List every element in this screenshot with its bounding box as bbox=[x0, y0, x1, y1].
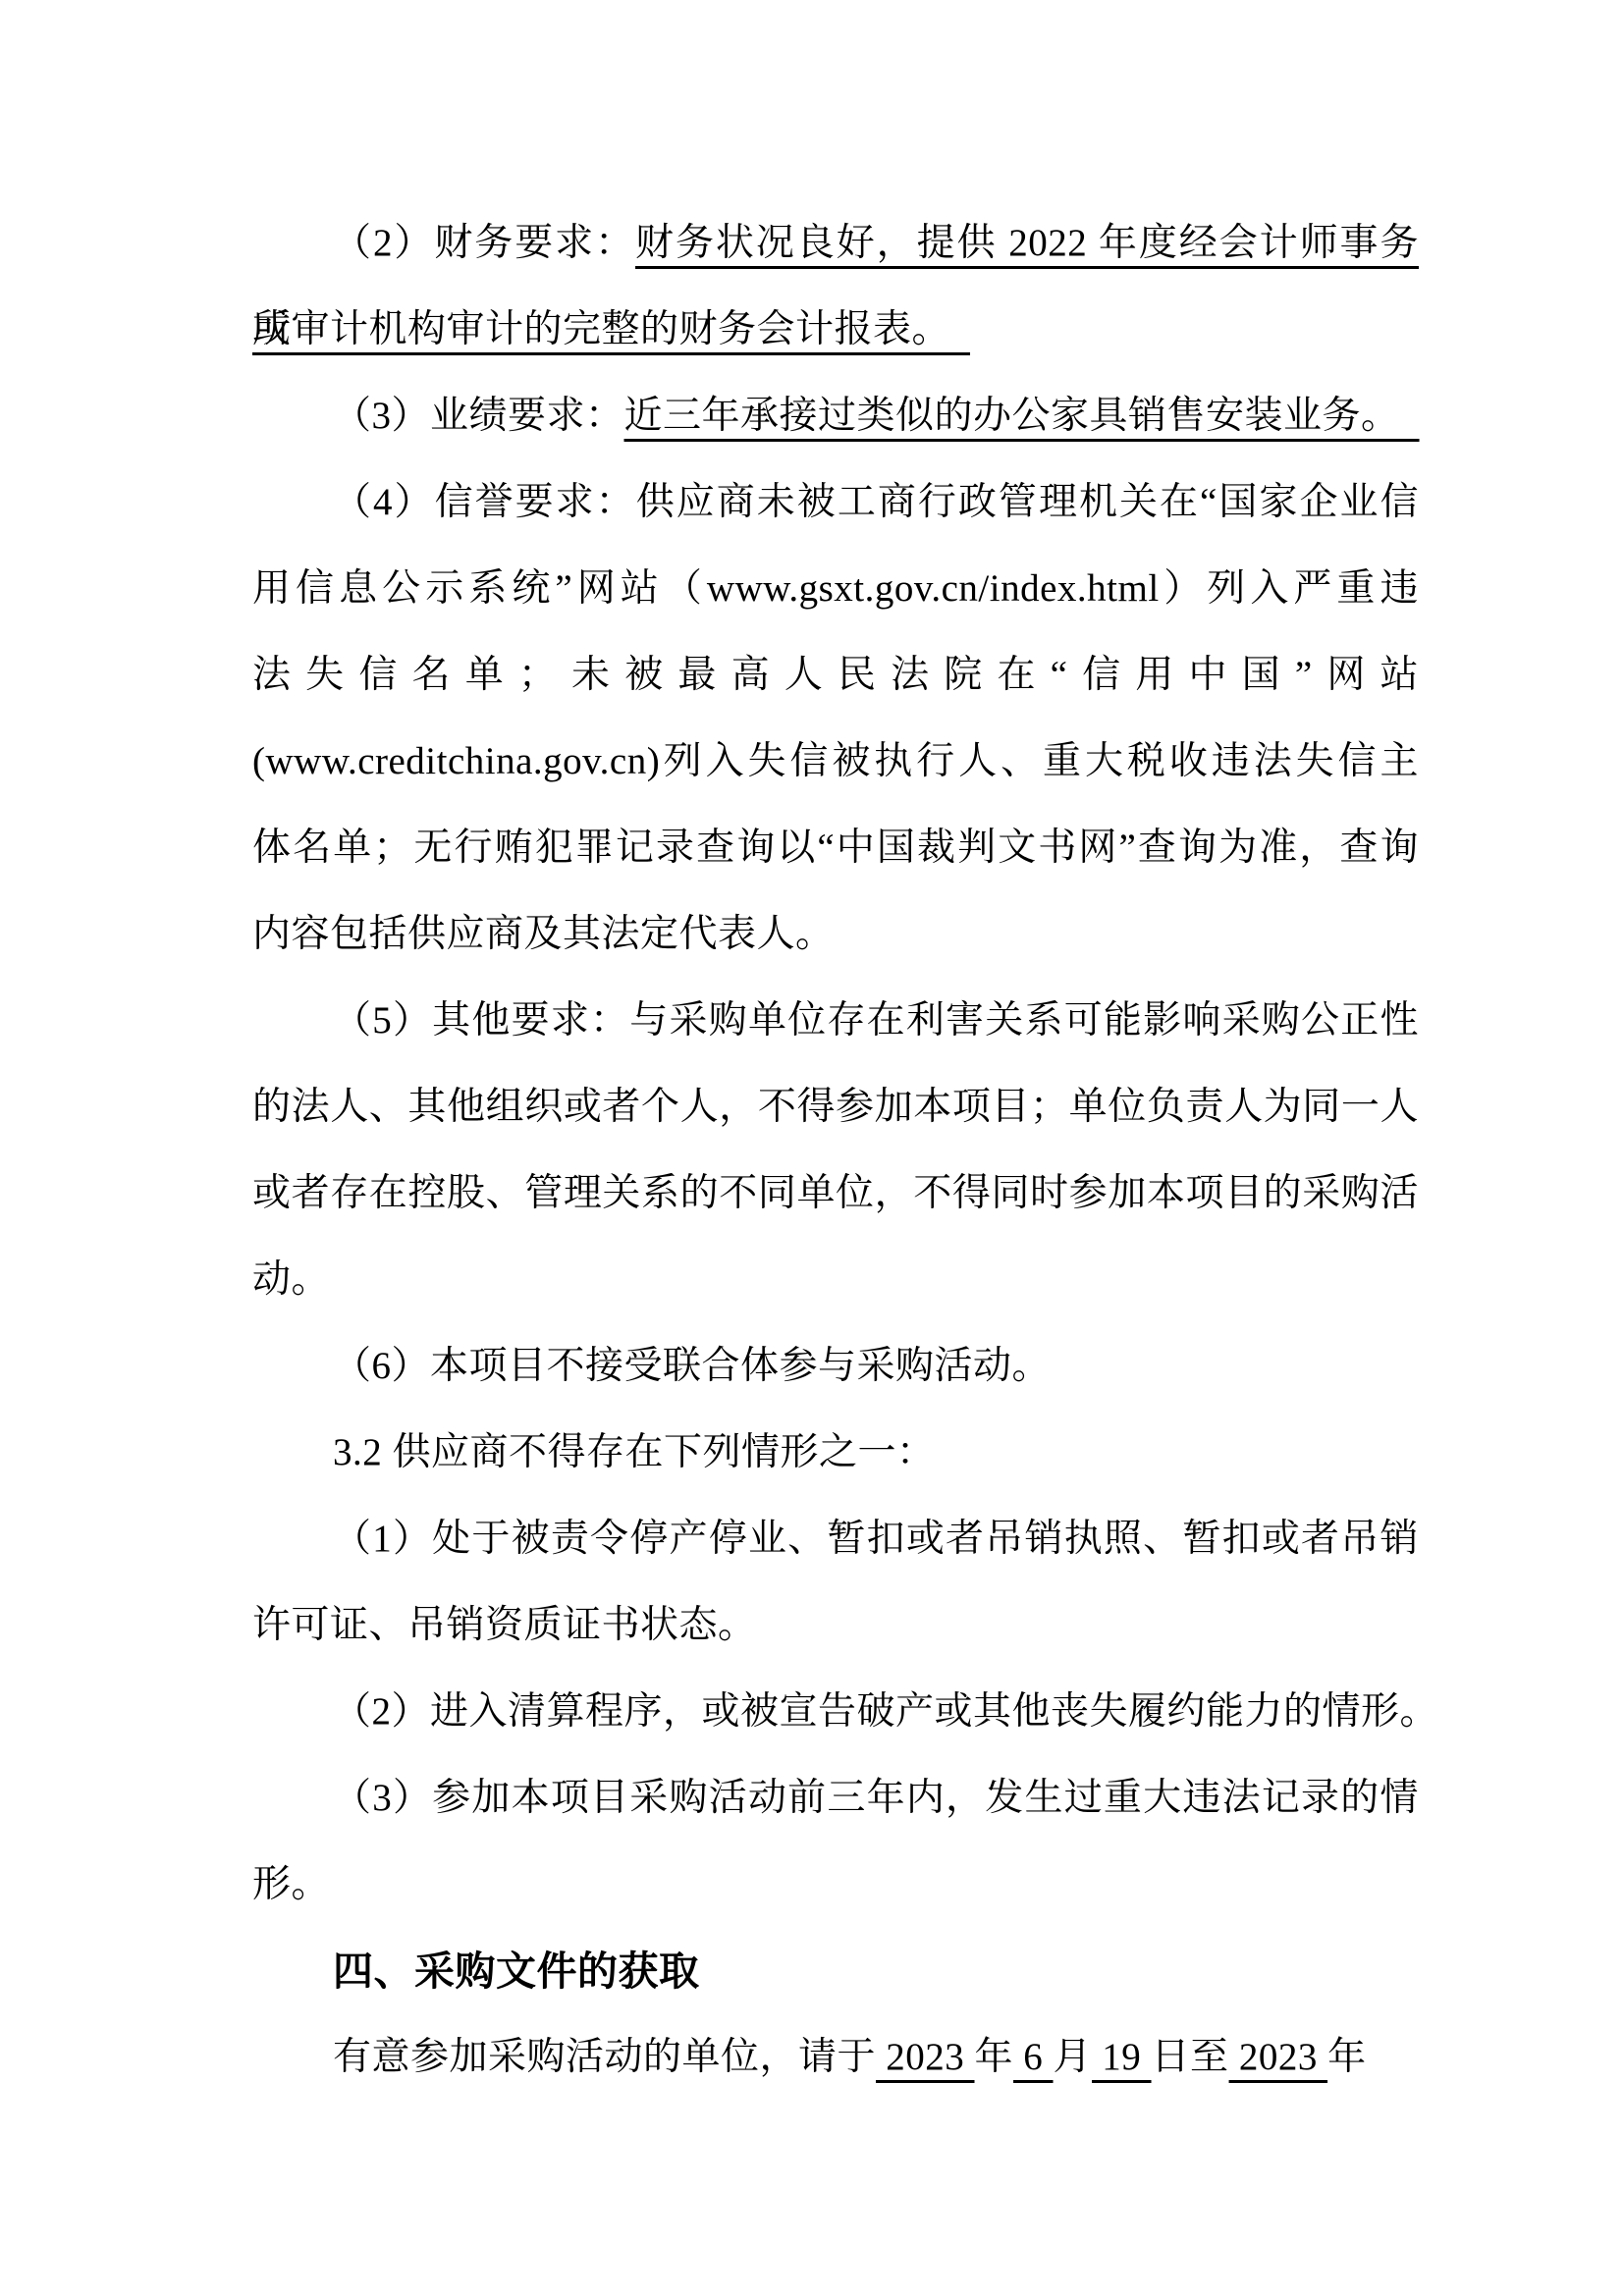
clause-5-text-end: 动。 bbox=[252, 1258, 330, 1301]
doc-line-18: （2）进入清算程序，或被宣告破产或其他丧失履约能力的情形。 bbox=[252, 1669, 1419, 1755]
clause-5-text: （5）其他要求：与采购单位存在利害关系可能影响采购公正性 bbox=[333, 999, 1419, 1041]
doc-line-4: （4）信誉要求：供应商未被工商行政管理机关在“国家企业信 bbox=[252, 459, 1419, 546]
clause-2-underlined-text-cont: 或审计机构审计的完整的财务会计报表。 bbox=[252, 308, 970, 350]
clause-5-text-cont: 或者存在控股、管理关系的不同单位，不得同时参加本项目的采购活 bbox=[252, 1172, 1419, 1214]
doc-line-6: 法失信名单；未被最高人民法院在“信用中国”网站 bbox=[252, 632, 1419, 719]
doc-line-15: 3.2 供应商不得存在下列情形之一： bbox=[252, 1410, 1419, 1496]
date-unit-month: 月 bbox=[1054, 2036, 1093, 2078]
date-sentence-text: 有意参加采购活动的单位，请于 bbox=[333, 2036, 876, 2078]
document-page: （2）财务要求：财务状况良好，提供 2022 年度经会计师事务所 或审计机构审计… bbox=[0, 0, 1623, 2296]
doc-line-9: 内容包括供应商及其法定代表人。 bbox=[252, 891, 1419, 978]
doc-line-8: 体名单；无行贿犯罪记录查询以“中国裁判文书网”查询为准，查询 bbox=[252, 805, 1419, 891]
clause-3-2-1-text: （1）处于被责令停产停业、暂扣或者吊销执照、暂扣或者吊销 bbox=[333, 1518, 1419, 1560]
date-month-start: 6 bbox=[1013, 2036, 1054, 2078]
document-content: （2）财务要求：财务状况良好，提供 2022 年度经会计师事务所 或审计机构审计… bbox=[252, 200, 1419, 2101]
doc-line-19: （3）参加本项目采购活动前三年内，发生过重大违法记录的情 bbox=[252, 1755, 1419, 1842]
doc-line-13: 动。 bbox=[252, 1237, 1419, 1323]
clause-4-text-end: 内容包括供应商及其法定代表人。 bbox=[252, 913, 835, 955]
doc-line-2: 或审计机构审计的完整的财务会计报表。 bbox=[252, 287, 1419, 373]
doc-line-5: 用信息公示系统”网站（www.gsxt.gov.cn/index.html）列入… bbox=[252, 546, 1419, 632]
clause-3-2-3-text: （3）参加本项目采购活动前三年内，发生过重大违法记录的情 bbox=[333, 1777, 1419, 1819]
doc-line-22: 有意参加采购活动的单位，请于 2023 年 6 月 19 日至 2023 年 bbox=[252, 2014, 1419, 2101]
clause-4-text-cont: 法失信名单；未被最高人民法院在“信用中国”网站 bbox=[252, 654, 1419, 696]
doc-line-20: 形。 bbox=[252, 1842, 1419, 1928]
doc-line-16: （1）处于被责令停产停业、暂扣或者吊销执照、暂扣或者吊销 bbox=[252, 1496, 1419, 1582]
doc-line-7: (www.creditchina.gov.cn)列入失信被执行人、重大税收违法失… bbox=[252, 719, 1419, 805]
date-day-start: 19 bbox=[1092, 2036, 1152, 2078]
section-heading-text: 四、采购文件的获取 bbox=[333, 1949, 700, 1994]
clause-3-2-2-text: （2）进入清算程序，或被宣告破产或其他丧失履约能力的情形。 bbox=[333, 1690, 1438, 1733]
date-until-text: 日至 bbox=[1152, 2036, 1229, 2078]
clause-5-text-cont: 的法人、其他组织或者个人，不得参加本项目；单位负责人为同一人 bbox=[252, 1086, 1419, 1128]
date-year-start: 2023 bbox=[876, 2036, 975, 2078]
clause-3-2-3-text-end: 形。 bbox=[252, 1863, 330, 1905]
doc-line-11: 的法人、其他组织或者个人，不得参加本项目；单位负责人为同一人 bbox=[252, 1064, 1419, 1150]
clause-4-text-cont: 体名单；无行贿犯罪记录查询以“中国裁判文书网”查询为准，查询 bbox=[252, 827, 1419, 869]
clause-6-text: （6）本项目不接受联合体参与采购活动。 bbox=[333, 1345, 1051, 1387]
clause-3-2-1-text-end: 许可证、吊销资质证书状态。 bbox=[252, 1604, 757, 1646]
clause-3-label: （3）业绩要求： bbox=[333, 395, 624, 437]
section-heading-document-acquisition: 四、采购文件的获取 bbox=[252, 1928, 1419, 2014]
doc-line-1: （2）财务要求：财务状况良好，提供 2022 年度经会计师事务所 bbox=[252, 200, 1419, 287]
date-unit-year-2: 年 bbox=[1327, 2036, 1367, 2078]
clause-3-2-text: 3.2 供应商不得存在下列情形之一： bbox=[333, 1431, 936, 1473]
doc-line-10: （5）其他要求：与采购单位存在利害关系可能影响采购公正性 bbox=[252, 978, 1419, 1064]
date-unit-year: 年 bbox=[975, 2036, 1014, 2078]
doc-line-12: 或者存在控股、管理关系的不同单位，不得同时参加本项目的采购活 bbox=[252, 1150, 1419, 1237]
clause-4-text-cont: 用信息公示系统”网站（www.gsxt.gov.cn/index.html）列入… bbox=[252, 567, 1419, 610]
doc-line-17: 许可证、吊销资质证书状态。 bbox=[252, 1582, 1419, 1669]
clause-4-text-cont: (www.creditchina.gov.cn)列入失信被执行人、重大税收违法失… bbox=[252, 740, 1419, 782]
doc-line-14: （6）本项目不接受联合体参与采购活动。 bbox=[252, 1323, 1419, 1410]
doc-line-3: （3）业绩要求：近三年承接过类似的办公家具销售安装业务。 bbox=[252, 373, 1419, 459]
date-year-end: 2023 bbox=[1229, 2036, 1328, 2078]
clause-4-text: （4）信誉要求：供应商未被工商行政管理机关在“国家企业信 bbox=[333, 481, 1419, 523]
clause-2-label: （2）财务要求： bbox=[333, 222, 635, 264]
clause-3-underlined-text: 近三年承接过类似的办公家具销售安装业务。 bbox=[624, 395, 1420, 437]
